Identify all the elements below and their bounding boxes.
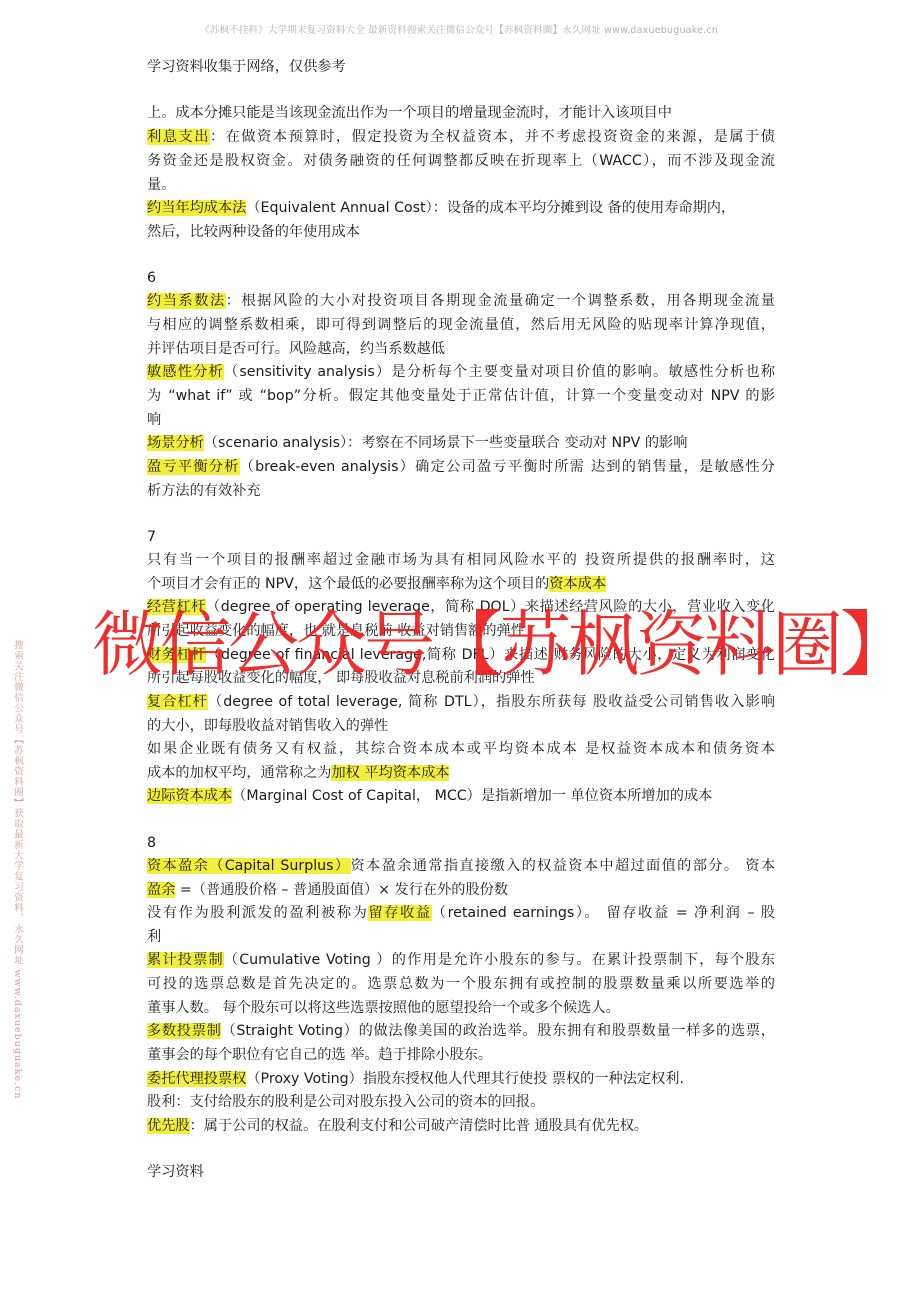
text-segment: 所引起收益变化的幅度，也 就是息税前 收益对销售额的弹性 xyxy=(147,623,525,639)
text-segment: （sensitivity analysis）是分析每个主要变量对项目价值的影响。… xyxy=(224,364,775,380)
text-line: 股利：支付给股东的股利是公司对股东投入公司的资本的回报。 xyxy=(147,1091,544,1113)
text-line: 资本盈余（Capital Surplus）资本盈余通常指直接缴入的权益资本中超过… xyxy=(147,855,775,877)
text-segment: ：根据风险的大小对投资项目各期现金流量确定一个调整系数，用各期现金流量 xyxy=(226,293,775,309)
highlighted-term: 多数投票制 xyxy=(147,1023,221,1039)
text-line: 委托代理投票权（Proxy Voting）指股东授权他人代理其行使投 票权的一种… xyxy=(147,1068,684,1090)
text-segment: 利 xyxy=(147,929,161,945)
text-line: 如果企业既有债务又有权益，其综合资本成本或平均资本成本 是权益资本成本和债务资本 xyxy=(147,738,775,760)
text-segment: 并评估项目是否可行。风险越高，约当系数越低 xyxy=(147,341,445,357)
text-line: 财务杠杆（degree of financial leverage,简称 DFL… xyxy=(147,644,775,666)
text-line: 上。成本分摊只能是当该现金流出作为一个项目的增量现金流时，才能计入该项目中 xyxy=(147,102,672,124)
text-segment: 学习资料 xyxy=(147,1164,204,1180)
highlighted-term: 约当年均成本法 xyxy=(147,200,246,216)
text-segment: 6 xyxy=(147,270,156,286)
text-segment: 个项目才会有正的 NPV，这个最低的必要报酬率称为这个项目的 xyxy=(147,576,549,592)
highlighted-term: 累计投票制 xyxy=(147,952,224,968)
text-segment: （Cumulative Voting ）的作用是允许小股东的参与。在累计投票制下… xyxy=(224,952,775,968)
text-line: 7 xyxy=(147,526,156,548)
text-segment: 8 xyxy=(147,835,156,851)
text-segment: 股利：支付给股东的股利是公司对股东投入公司的资本的回报。 xyxy=(147,1094,544,1110)
text-line: 利息支出：在做资本预算时，假定投资为全权益资本，并不考虑投资资金的来源，是属于债 xyxy=(147,126,775,148)
text-line: 与相应的调整系数相乘，即可得到调整后的现金流量值，然后用无风险的贴现率计算净现值… xyxy=(147,314,775,336)
text-line: 董事会的每个职位有它自己的选 举。趋于排除小股东。 xyxy=(147,1044,492,1066)
highlighted-term: 资本盈余（Capital Surplus） xyxy=(147,858,351,874)
text-segment: 与相应的调整系数相乘，即可得到调整后的现金流量值，然后用无风险的贴现率计算净现值… xyxy=(147,317,775,333)
text-line: 学习资料收集于网络，仅供参考 xyxy=(147,56,346,78)
text-line: 盈余 =（普通股价格 – 普通股面值）× 发行在外的股份数 xyxy=(147,879,508,901)
highlighted-term: 约当系数法 xyxy=(147,293,226,309)
text-line: 多数投票制（Straight Voting）的做法像美国的政治选举。股东拥有和股… xyxy=(147,1020,775,1042)
highlighted-term: 边际资本成本 xyxy=(147,788,232,804)
text-segment: （degree of total leverage, 简称 DTL），指股东所获… xyxy=(208,694,775,710)
text-segment: 学习资料收集于网络，仅供参考 xyxy=(147,59,346,75)
text-segment: 董事会的每个职位有它自己的选 举。趋于排除小股东。 xyxy=(147,1047,492,1063)
text-line: 只有当一个项目的报酬率超过金融市场为具有相同风险水平的 投资所提供的报酬率时，这 xyxy=(147,549,775,571)
highlighted-term: 盈亏平衡分析 xyxy=(147,459,240,475)
text-line: 可投的选票总数是首先决定的。选票总数为一个股东拥有或控制的股票数量乘以所要选举的 xyxy=(147,973,775,995)
text-segment: 如果企业既有债务又有权益，其综合资本成本或平均资本成本 是权益资本成本和债务资本 xyxy=(147,741,775,757)
text-line: 利 xyxy=(147,926,161,948)
text-line: 然后，比较两种设备的年使用成本 xyxy=(147,221,360,243)
text-line: 为 “what if” 或 “bop”分析。假定其他变量处于正常估计值，计算一个… xyxy=(147,385,775,407)
text-segment: 上。成本分摊只能是当该现金流出作为一个项目的增量现金流时，才能计入该项目中 xyxy=(147,105,672,121)
text-line: 的大小，即每股收益对销售收入的弹性 xyxy=(147,715,388,737)
text-line: 经营杠杆（degree of operating leverage，简称 DOL… xyxy=(147,596,775,618)
text-segment: （Straight Voting）的做法像美国的政治选举。股东拥有和股票数量一样… xyxy=(221,1023,775,1039)
text-segment: 析方法的有效补充 xyxy=(147,483,261,499)
text-segment: （Equivalent Annual Cost）：设备的成本平均分摊到设 备的使… xyxy=(246,200,735,216)
text-segment: （retained earnings）。 留存收益 = 净利润 – 股 xyxy=(432,905,775,921)
text-line: 复合杠杆（degree of total leverage, 简称 DTL），指… xyxy=(147,691,775,713)
text-segment: 成本的加权平均，通常称之为 xyxy=(147,765,331,781)
text-line: 累计投票制（Cumulative Voting ）的作用是允许小股东的参与。在累… xyxy=(147,949,775,971)
text-line: 边际资本成本（Marginal Cost of Capital， MCC）是指新… xyxy=(147,785,712,807)
text-line: 场景分析（scenario analysis）：考察在不同场景下一些变量联合 变… xyxy=(147,432,687,454)
highlighted-term: 敏感性分析 xyxy=(147,364,224,380)
text-line: 务资金还是股权资金。对债务融资的任何调整都反映在折现率上（WACC），而不涉及现… xyxy=(147,150,775,172)
side-banner: 搜索关注微信公众号【苏枫资料圈】获取最新大学复习资料，永久网址 www.daxu… xyxy=(10,640,24,1100)
text-line: 敏感性分析（sensitivity analysis）是分析每个主要变量对项目价… xyxy=(147,361,775,383)
text-segment: （break-even analysis）确定公司盈亏平衡时所需 达到的销售量，… xyxy=(240,459,775,475)
text-segment: （scenario analysis）：考察在不同场景下一些变量联合 变动对 N… xyxy=(204,435,688,451)
text-line: 没有作为股利派发的盈利被称为留存收益（retained earnings）。 留… xyxy=(147,902,775,924)
text-segment: 所引起每股收益变化的幅度， 即每股收益对息税前利润的弹性 xyxy=(147,670,535,686)
text-segment: （Proxy Voting）指股东授权他人代理其行使投 票权的一种法定权利. xyxy=(246,1071,684,1087)
highlighted-term: 财务杠杆 xyxy=(147,647,206,663)
text-line: 所引起收益变化的幅度，也 就是息税前 收益对销售额的弹性 xyxy=(147,620,525,642)
highlighted-term: 加权 平均资本成本 xyxy=(331,765,449,781)
text-segment: 董事人数。 每个股东可以将这些选票按照他的愿望投给一个或多个候选人。 xyxy=(147,1000,620,1016)
text-segment: 资本盈余通常指直接缴入的权益资本中超过面值的部分。 资本 xyxy=(351,858,776,874)
text-segment: 的大小，即每股收益对销售收入的弹性 xyxy=(147,718,388,734)
text-line: 所引起每股收益变化的幅度， 即每股收益对息税前利润的弹性 xyxy=(147,667,535,689)
text-line: 量。 xyxy=(147,174,175,196)
text-line: 析方法的有效补充 xyxy=(147,480,261,502)
text-segment: 量。 xyxy=(147,177,175,193)
header-banner: 《苏枫不挂科》大学期末复习资料大全 最新资料搜索关注微信公众号【苏枫资料圈】永久… xyxy=(0,22,918,36)
text-line: 8 xyxy=(147,832,156,854)
text-segment: ：属于公司的权益。在股利支付和公司破产清偿时比普 通股具有优先权。 xyxy=(190,1118,649,1134)
text-line: 成本的加权平均，通常称之为加权 平均资本成本 xyxy=(147,762,449,784)
highlighted-term: 优先股 xyxy=(147,1118,190,1134)
text-line: 优先股：属于公司的权益。在股利支付和公司破产清偿时比普 通股具有优先权。 xyxy=(147,1115,648,1137)
text-segment: 没有作为股利派发的盈利被称为 xyxy=(147,905,368,921)
text-line: 学习资料 xyxy=(147,1161,204,1183)
text-segment: （Marginal Cost of Capital， MCC）是指新增加一 单位… xyxy=(232,788,712,804)
text-line: 响 xyxy=(147,409,161,431)
text-line: 个项目才会有正的 NPV，这个最低的必要报酬率称为这个项目的资本成本 xyxy=(147,573,606,595)
text-line: 董事人数。 每个股东可以将这些选票按照他的愿望投给一个或多个候选人。 xyxy=(147,997,620,1019)
text-line: 约当年均成本法（Equivalent Annual Cost）：设备的成本平均分… xyxy=(147,197,735,219)
highlighted-term: 场景分析 xyxy=(147,435,204,451)
highlighted-term: 留存收益 xyxy=(368,905,431,921)
text-line: 并评估项目是否可行。风险越高，约当系数越低 xyxy=(147,338,445,360)
highlighted-term: 利息支出 xyxy=(147,129,210,145)
text-segment: 只有当一个项目的报酬率超过金融市场为具有相同风险水平的 投资所提供的报酬率时，这 xyxy=(147,552,775,568)
text-segment: ：在做资本预算时，假定投资为全权益资本，并不考虑投资资金的来源，是属于债 xyxy=(210,129,775,145)
text-segment: （degree of operating leverage，简称 DOL）来描述… xyxy=(206,599,775,615)
text-segment: 7 xyxy=(147,529,156,545)
text-segment: =（普通股价格 – 普通股面值）× 发行在外的股份数 xyxy=(175,882,508,898)
highlighted-term: 经营杠杆 xyxy=(147,599,206,615)
highlighted-term: 委托代理投票权 xyxy=(147,1071,246,1087)
text-segment: 可投的选票总数是首先决定的。选票总数为一个股东拥有或控制的股票数量乘以所要选举的 xyxy=(147,976,775,992)
highlighted-term: 复合杠杆 xyxy=(147,694,208,710)
text-segment: 为 “what if” 或 “bop”分析。假定其他变量处于正常估计值，计算一个… xyxy=(147,388,775,404)
text-line: 6 xyxy=(147,267,156,289)
text-segment: 响 xyxy=(147,412,161,428)
text-segment: 然后，比较两种设备的年使用成本 xyxy=(147,224,360,240)
text-line: 约当系数法：根据风险的大小对投资项目各期现金流量确定一个调整系数，用各期现金流量 xyxy=(147,290,775,312)
text-line: 盈亏平衡分析（break-even analysis）确定公司盈亏平衡时所需 达… xyxy=(147,456,775,478)
highlighted-term: 盈余 xyxy=(147,882,175,898)
text-segment: 务资金还是股权资金。对债务融资的任何调整都反映在折现率上（WACC），而不涉及现… xyxy=(147,153,775,169)
highlighted-term: 资本成本 xyxy=(549,576,606,592)
text-segment: （degree of financial leverage,简称 DFL）来描述… xyxy=(206,647,775,663)
